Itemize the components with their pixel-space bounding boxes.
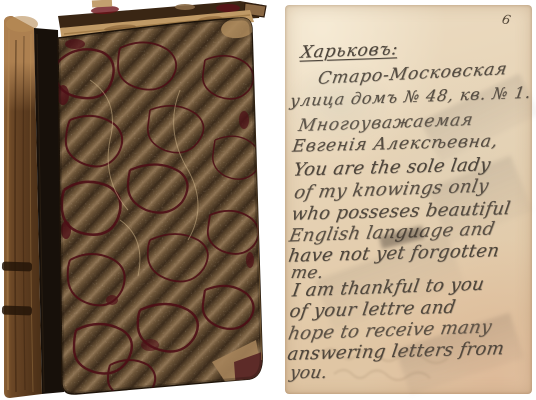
book-front-cover [50,10,270,400]
handwriting-line: Евгенія Алексѣевна, [291,131,499,156]
notebook-cover-photo [0,0,272,400]
spine-raised-band [2,261,32,271]
handwriting-line: Харьковъ: [299,39,399,62]
spine-raised-band [2,305,32,315]
spine-headcap-wear [6,16,38,32]
ink-bleedthrough [310,340,500,390]
page-number: 6 [500,12,512,29]
photo-scene: 6 Харьковъ: Старо-Московская улица домъ … [0,0,536,400]
notebook-illustration [0,0,272,400]
cover-grime-texture [50,10,270,400]
manuscript-page: 6 Харьковъ: Старо-Московская улица домъ … [285,5,532,394]
